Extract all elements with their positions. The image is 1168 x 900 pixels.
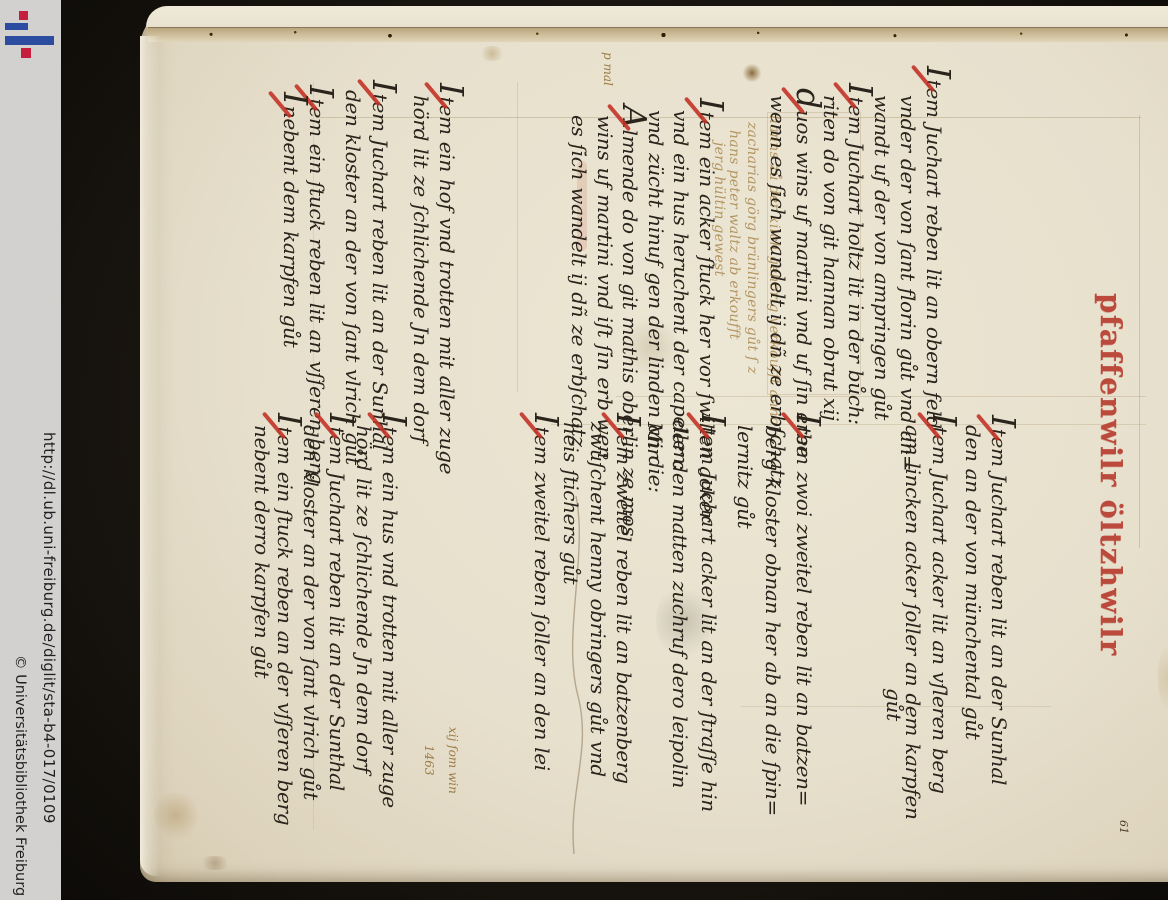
rubric-heading: pfaffenwilr öltzhwilr bbox=[1094, 293, 1128, 657]
logo-blue-bar-short bbox=[5, 23, 28, 30]
manuscript-line: Item ein ſtuck reben an der vſſeren berg bbox=[273, 413, 297, 825]
manuscript-line: hörd lit ze ſchlichende Jn dem dorf bbox=[409, 95, 433, 443]
source-url-label: http://dl.ub.uni-freiburg.de/diglit/sta-… bbox=[40, 432, 58, 824]
manuscript-line: wandt uf der von ampringen gůt bbox=[870, 95, 894, 420]
manuscript-line: Item zweitel reben ſoller an den lei bbox=[530, 413, 554, 771]
logo-red-square-bottom bbox=[21, 48, 31, 58]
ruling-line bbox=[517, 82, 518, 392]
manuscript-line: riten do von git hannan obrut xij bbox=[819, 95, 843, 421]
margin-note: 1463 bbox=[422, 745, 436, 776]
manuscript-line: berg kloster obnan her ab an die ſpin= bbox=[761, 425, 785, 816]
manuscript-line: hörd lit ze ſchlichende Jn dem dorf bbox=[352, 425, 376, 773]
stain bbox=[198, 856, 232, 870]
scan-viewer-screenshot: http://dl.ub.uni-freiburg.de/diglit/sta-… bbox=[0, 0, 1168, 900]
manuscript-line: heis ſtichers gůt bbox=[559, 422, 583, 584]
manuscript-line: Item zweitel reben lit an batzenberg bbox=[612, 413, 636, 784]
manuscript-line: duos wins uf martini vnd uf ſin erbe bbox=[792, 88, 816, 457]
logo-blue-bar-long bbox=[5, 36, 54, 45]
manuscript-line: Item zwoi zweitel reben lit an batzen= bbox=[792, 413, 816, 806]
manuscript-line: den kloster an der von ſant vlrich gůt bbox=[341, 90, 365, 465]
stain bbox=[742, 64, 762, 82]
viewer-margin-strip: http://dl.ub.uni-freiburg.de/diglit/sta-… bbox=[0, 0, 61, 900]
manuscript-line: Inebent dem karpfen gůt bbox=[279, 92, 303, 347]
manuscript-line: gůt bbox=[882, 688, 906, 721]
manuscript-line: nebent derro karpfen gůt bbox=[250, 425, 274, 678]
manuscript-line: zwůſchent henny obringers gůt vnd bbox=[586, 422, 610, 777]
logo-red-square-top bbox=[19, 11, 28, 20]
manuscript-line: Item Juchart reben lit an der Sunhal bbox=[987, 415, 1011, 785]
copyright-label: © Universitätsbibliothek Freiburg bbox=[12, 655, 28, 896]
manuscript-line: Mir bbox=[643, 422, 667, 458]
manuscript-line: Item Juchart reben lit an der Sunhal bbox=[368, 80, 392, 450]
manuscript-line: am lincken acker ſoller an dem karpfen bbox=[901, 425, 925, 820]
manuscript-line: der den matten zuchruf dero leipolin bbox=[668, 420, 692, 788]
quire-ink-mark: 61 bbox=[1117, 820, 1130, 834]
manuscript-line: wins uf martini vnd iſt ſin erb wen bbox=[593, 115, 617, 459]
stain bbox=[478, 46, 506, 61]
manuscript-line: Item Juchart acker lit an vſleren berg bbox=[928, 413, 952, 794]
manuscript-line: Item Juchart reben lit an obern feld bbox=[922, 66, 946, 429]
margin-note: xij ſom win bbox=[446, 727, 460, 794]
faded-entry-line: zacharias görg brünlingers gůt ſ z bbox=[744, 122, 760, 374]
manuscript-line: Item Juchart reben lit an der Sunthal bbox=[325, 413, 349, 791]
manuscript-line: Item ein hus vnd trotten mit aller zuge bbox=[378, 413, 402, 808]
manuscript-line: Item ein hof vnd trotten mit aller zuge bbox=[435, 83, 459, 474]
margin-note: p mal bbox=[601, 52, 615, 86]
manuscript-line: Item Juchart holtz lit in der bůch: bbox=[844, 83, 868, 425]
ruling-line bbox=[1139, 115, 1140, 548]
manuscript-line: den an der von münchental gůt bbox=[961, 425, 985, 739]
manuscript-line: lernitz gůt bbox=[733, 425, 757, 528]
manuscript-line: Item Juchart acker lit an der ſtraſſe hi… bbox=[697, 413, 721, 812]
manuscript-line: den kloster an der von ſant vlrich gůt bbox=[299, 425, 323, 800]
faded-entry-line: hans peter waltz ab erkoufft bbox=[726, 130, 742, 340]
manuscript-line: vnder der von ſant florin gůt vnd an= bbox=[896, 95, 920, 471]
manuscript-line: es ſich wandelt ij dñ ze erbſchatz bbox=[567, 115, 591, 447]
stain bbox=[154, 788, 198, 842]
